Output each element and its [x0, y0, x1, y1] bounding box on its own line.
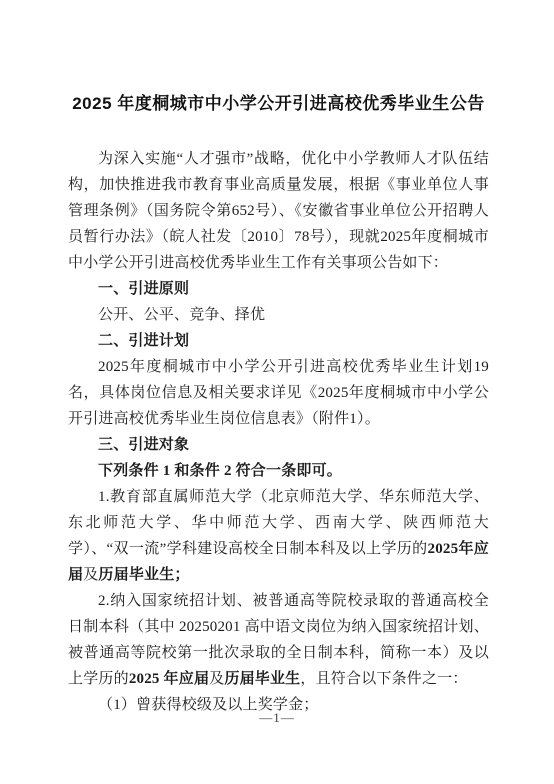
condition-item-2: 2.纳入国家统招计划、被普通高等院校录取的普通高校全日制本科（其中 202502… — [68, 588, 489, 692]
section-3-subheading: 下列条件 1 和条件 2 符合一条即可。 — [68, 458, 489, 484]
intro-paragraph: 为深入实施“人才强市”战略，优化中小学教师人才队伍结构，加快推进我市教育事业高质… — [68, 146, 489, 276]
condition-1-connector: 及 — [83, 567, 98, 583]
condition-1-bold-graduates: 毕业生； — [129, 567, 190, 583]
document-page: 2025 年度桐城市中小学公开引进高校优秀毕业生公告 为深入实施“人才强市”战略… — [0, 0, 554, 784]
section-2-heading: 二、引进计划 — [68, 328, 489, 354]
principle-paragraph: 公开、公平、竞争、择优 — [68, 302, 489, 328]
condition-2-bold-previous-graduates: 历届毕业生 — [224, 671, 300, 687]
condition-1-bold-previous: 历届 — [98, 567, 128, 583]
section-3-heading: 三、引进对象 — [68, 432, 489, 458]
plan-paragraph: 2025年度桐城市中小学公开引进高校优秀毕业生计划19名，具体岗位信息及相关要求… — [68, 354, 489, 432]
condition-1-text: 1.教育部直属师范大学（北京师范大学、华东师范大学、东北师范大学、华中师范大学、… — [68, 489, 489, 557]
condition-2-connector: 及 — [209, 671, 224, 687]
condition-2-bold-current-year: 2025 年应届 — [129, 671, 209, 687]
section-1-heading: 一、引进原则 — [68, 276, 489, 302]
condition-2-tail: ，且符合以下条件之一： — [300, 671, 467, 687]
document-title: 2025 年度桐城市中小学公开引进高校优秀毕业生公告 — [68, 92, 489, 116]
page-number: —1— — [0, 710, 554, 726]
condition-item-1: 1.教育部直属师范大学（北京师范大学、华东师范大学、东北师范大学、华中师范大学、… — [68, 484, 489, 588]
